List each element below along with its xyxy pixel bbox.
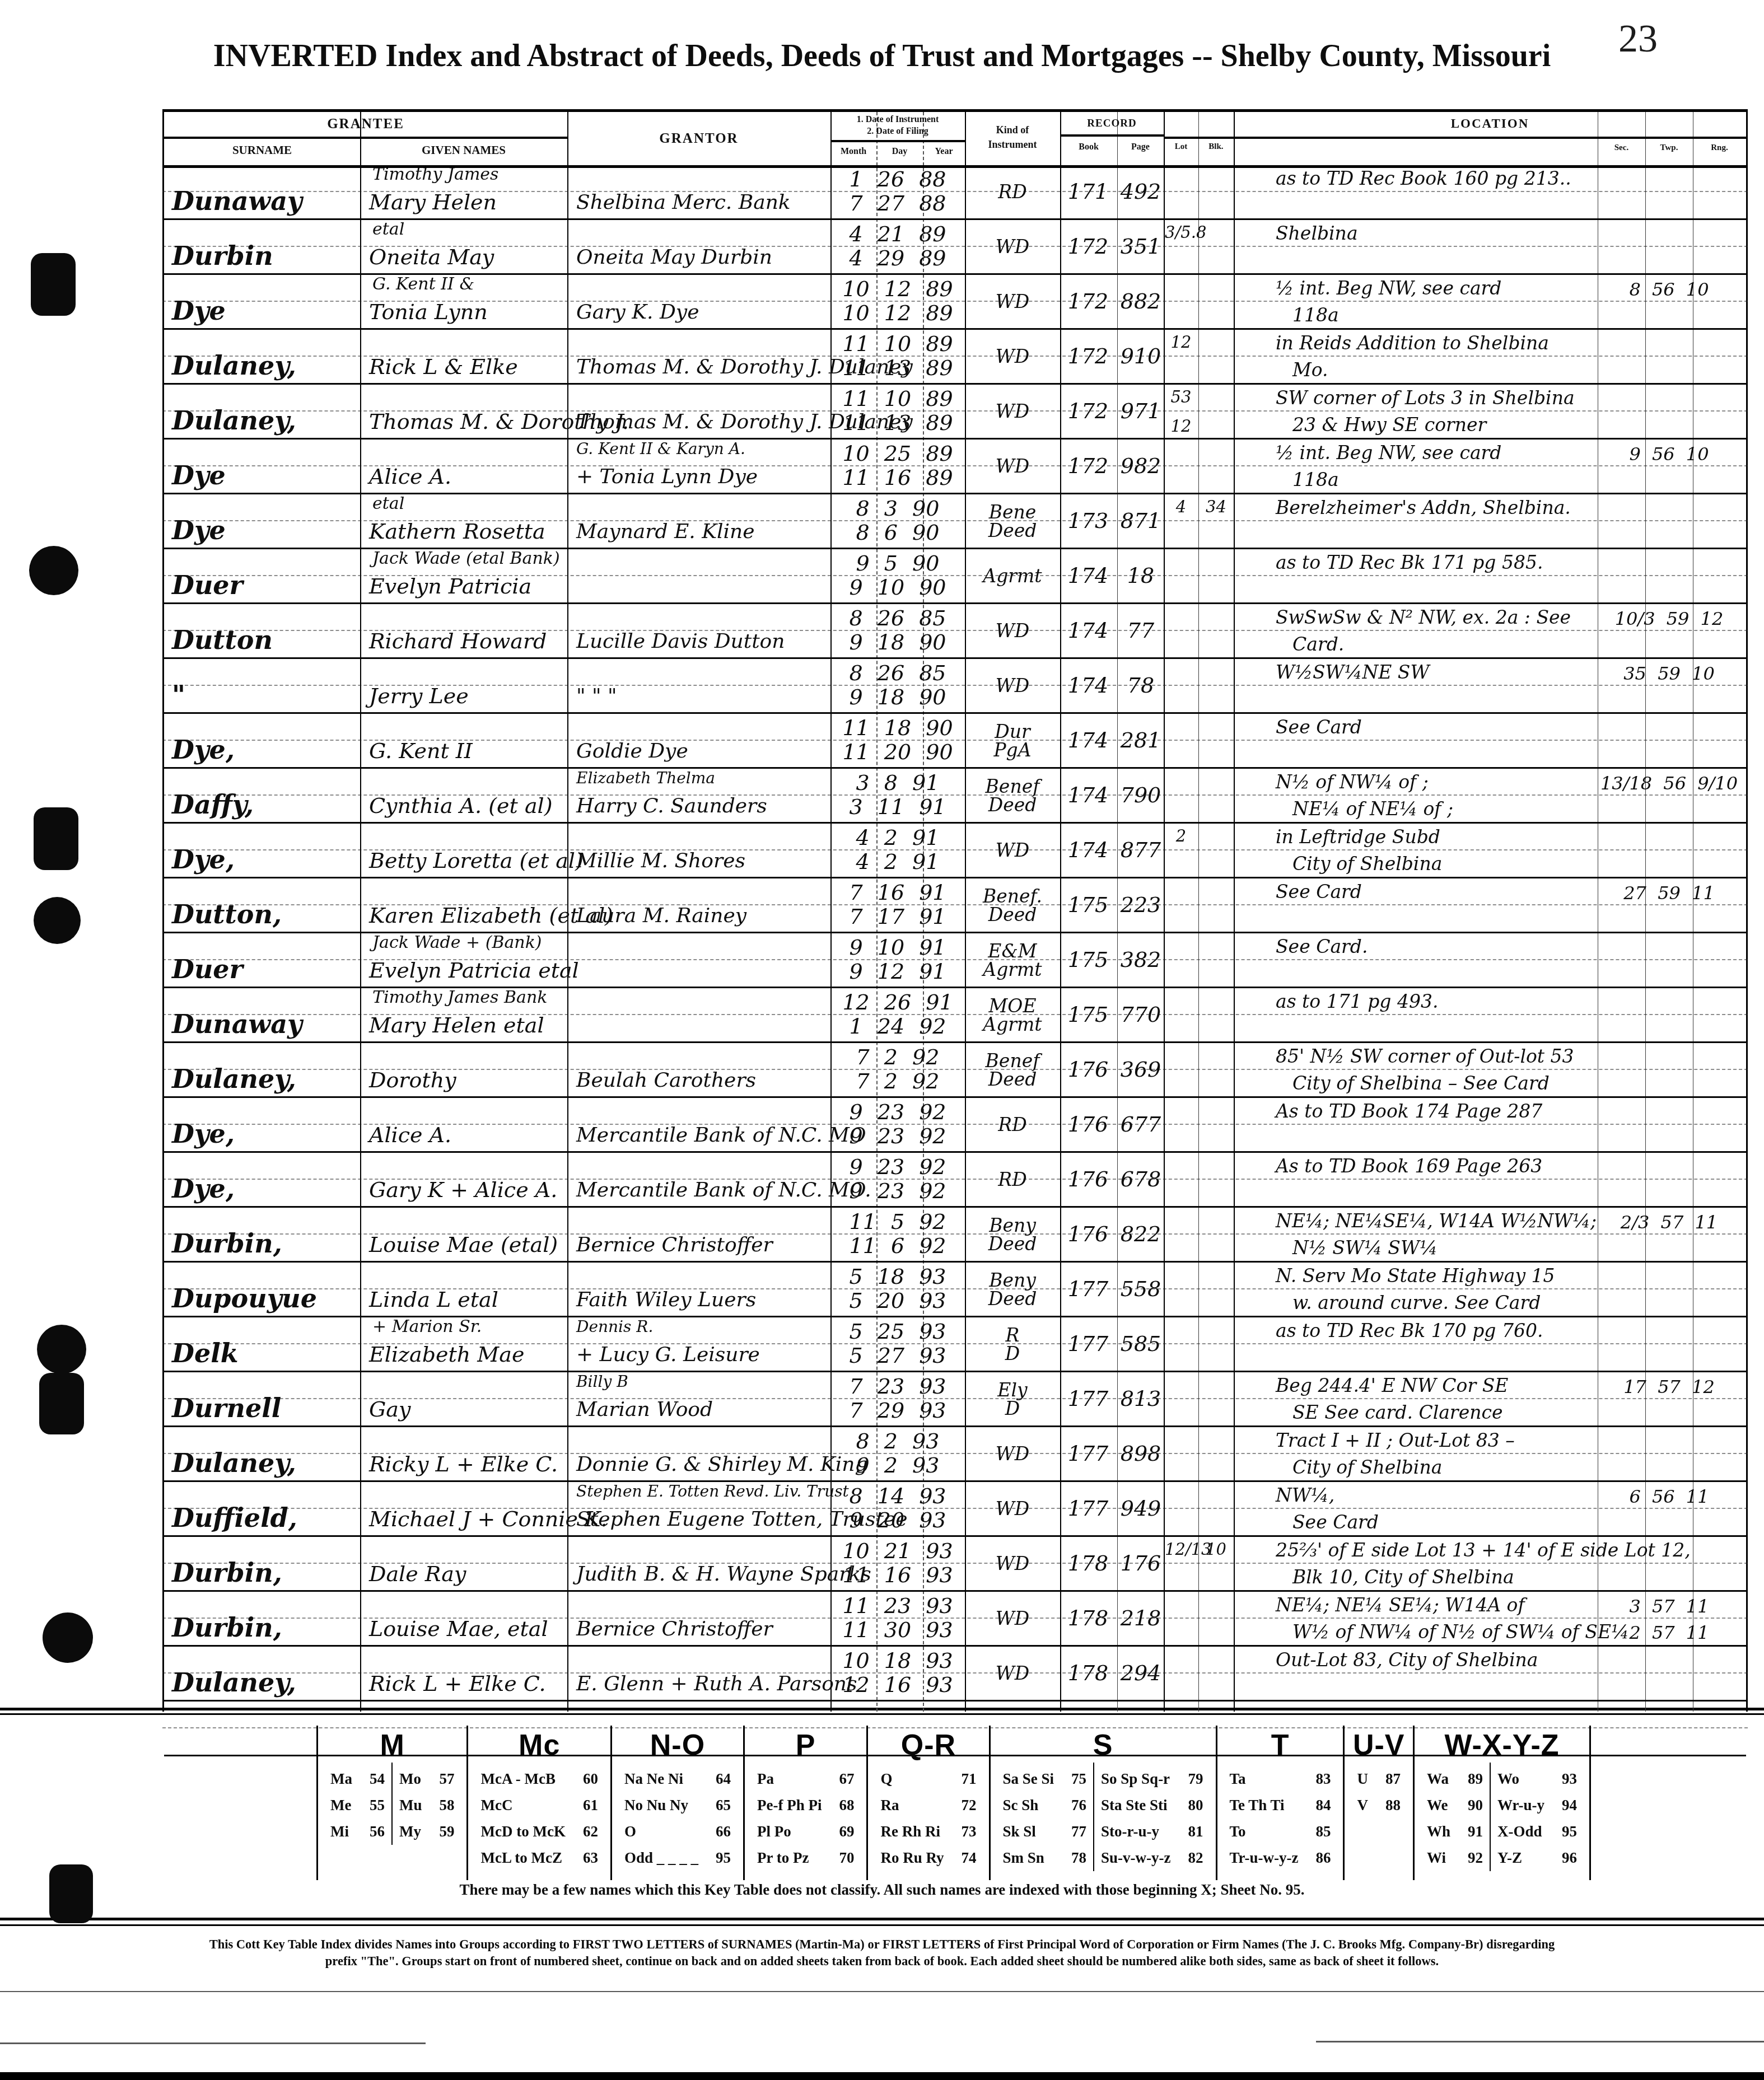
key-table-entry-range: McA - McB — [480, 1766, 555, 1792]
record-page: 813 — [1118, 1388, 1163, 1409]
record-page: 882 — [1118, 291, 1163, 312]
location-line2: W½ of NW¼ of N½ of SW¼ of SE¼ — [1292, 1623, 1629, 1641]
lot-value: 3/5.8 — [1165, 225, 1197, 241]
grantor: Shelbina Merc. Bank — [576, 193, 791, 213]
grantee-given-top: + Marion Sr. — [372, 1319, 482, 1335]
date-of-instrument: 10 25 89 — [830, 443, 965, 464]
key-table-entry-number: 95 — [707, 1845, 731, 1871]
key-table-entry: Ta 83 — [1230, 1766, 1331, 1792]
grantee-surname: Dye, — [172, 1176, 235, 1202]
kind-of-instrument: WD — [965, 1427, 1060, 1480]
kind-of-instrument: RD — [965, 1098, 1060, 1151]
key-table-group-label: Mc — [474, 1728, 604, 1763]
header-sec: Sec. — [1598, 143, 1645, 153]
grantee-given-top: Jack Wade + (Bank) — [372, 934, 542, 951]
kind-of-instrument: Benef. Deed — [965, 878, 1060, 932]
grantee-given-names: Dorothy — [369, 1069, 456, 1091]
date-of-instrument: 7 16 91 — [830, 882, 965, 903]
record-book: 172 — [1060, 455, 1116, 476]
key-table-entry-range: Pa — [757, 1766, 774, 1792]
date-of-instrument: 12 26 91 — [830, 992, 965, 1013]
grantee-surname: " — [172, 682, 185, 708]
kind-line1: Benef — [986, 777, 1040, 796]
page-number: 23 — [1618, 17, 1658, 62]
record-page: 281 — [1118, 730, 1163, 751]
record-page: 790 — [1118, 784, 1163, 806]
table-row: Dulaney, Ricky L + Elke C. Donnie G. & S… — [164, 1427, 1746, 1482]
grantee-surname: Duer — [172, 956, 243, 982]
location-line2: SE See card. Clarence — [1292, 1403, 1502, 1422]
date-of-filing: 11 16 89 — [830, 467, 965, 488]
key-table-entry-range: Sm Sn — [1003, 1845, 1044, 1871]
grantee-surname: Dulaney, — [172, 1670, 296, 1695]
kind-line1: WD — [996, 457, 1029, 475]
key-table-entry-range: Sto-r-u-y — [1101, 1819, 1159, 1845]
key-table-entry-range: Odd _ _ _ _ — [624, 1845, 698, 1871]
date-of-filing: 12 16 93 — [830, 1674, 965, 1695]
key-table-entry-number: 63 — [575, 1845, 598, 1871]
grantor: Gary K. Dye — [576, 302, 699, 322]
table-row: Dulaney, Rick L & Elke Thomas M. & Dorot… — [164, 330, 1746, 385]
date-of-filing: 11 30 93 — [830, 1619, 965, 1640]
header-day: Day — [876, 147, 923, 157]
date-of-instrument: 8 26 85 — [830, 607, 965, 629]
key-table-entry-number: 60 — [575, 1766, 598, 1792]
record-book: 178 — [1060, 1553, 1116, 1574]
kind-of-instrument: WD — [965, 275, 1060, 328]
location-line1: See Card. — [1276, 937, 1368, 956]
grantee-surname: Dye, — [172, 847, 235, 872]
kind-line2: Agrmt — [983, 960, 1042, 979]
key-table-entry: We 90 — [1427, 1792, 1483, 1819]
key-table-group: T Ta 83 Te Th Ti 84 To 85 Tr-u-w-y-z 86 — [1216, 1726, 1343, 1880]
grantor: Bernice Christoffer — [576, 1235, 773, 1255]
key-table-entry-number: 57 — [431, 1766, 454, 1792]
key-table-subcolumn: Ta 83 Te Th Ti 84 To 85 Tr-u-w-y-z 86 — [1223, 1763, 1338, 1871]
date-of-filing: 9 23 92 — [830, 1125, 965, 1147]
key-table-entry: U 87 — [1357, 1766, 1401, 1792]
kind-line2: Deed — [988, 521, 1037, 540]
date-of-instrument: 5 25 93 — [830, 1321, 965, 1342]
binder-mark — [31, 253, 76, 316]
date-of-instrument: 7 2 92 — [830, 1046, 965, 1068]
key-table-entry-number: 93 — [1553, 1766, 1577, 1792]
grantor: Faith Wiley Luers — [576, 1290, 756, 1310]
date-of-instrument: 7 23 93 — [830, 1376, 965, 1397]
key-table-entry: So Sp Sq-r 79 — [1101, 1766, 1203, 1792]
record-book: 177 — [1060, 1333, 1116, 1354]
location-line1: W½SW¼NE SW — [1276, 663, 1429, 681]
sec-twp-rng-1: 2/3 57 11 — [1598, 1213, 1740, 1231]
key-table-group: U-V U 87 V 88 — [1343, 1726, 1413, 1880]
key-table-entry: Wh 91 — [1427, 1819, 1483, 1845]
table-row: Duer Jack Wade (etal Bank) Evelyn Patric… — [164, 549, 1746, 604]
table-row: Dye G. Kent II & Tonia Lynn Gary K. Dye … — [164, 275, 1746, 330]
scan-smudge — [1316, 2041, 1764, 2042]
key-table-entry-number: 83 — [1307, 1766, 1331, 1792]
grantor: + Lucy G. Leisure — [576, 1345, 760, 1365]
key-table-group-label: M — [324, 1728, 461, 1763]
binder-mark — [49, 1864, 93, 1923]
grantee-given-names: Michael J + Connie K. — [369, 1508, 608, 1530]
record-page: 176 — [1118, 1553, 1163, 1574]
kind-line1: Benef. — [983, 887, 1042, 905]
key-table-entry-range: So Sp Sq-r — [1101, 1766, 1170, 1792]
key-table-entry-range: Ta — [1230, 1766, 1246, 1792]
grantee-given-names: Ricky L + Elke C. — [369, 1453, 558, 1475]
grantee-given-names: Alice A. — [369, 1124, 451, 1146]
key-table-entry-range: To — [1230, 1819, 1246, 1845]
kind-line1: WD — [996, 1499, 1029, 1518]
kind-line1: RD — [998, 1115, 1026, 1134]
key-table-entry: Sto-r-u-y 81 — [1101, 1819, 1203, 1845]
header-book: Book — [1060, 142, 1117, 152]
date-of-filing: 11 20 90 — [830, 741, 965, 763]
grantor: Goldie Dye — [576, 741, 688, 761]
kind-line2: Deed — [988, 1235, 1037, 1253]
record-page: 223 — [1118, 894, 1163, 915]
key-table-entry: Ra 72 — [880, 1792, 976, 1819]
key-table-group: P Pa 67 Pe-f Ph Pi 68 Pl Po 69 Pr to Pz … — [743, 1726, 866, 1880]
kind-of-instrument: Agrmt — [965, 549, 1060, 602]
location-line2: 23 & Hwy SE corner — [1292, 415, 1486, 434]
grantor: Mercantile Bank of N.C. MO. — [576, 1180, 871, 1200]
key-table-entry-range: Tr-u-w-y-z — [1230, 1845, 1299, 1871]
key-table-entry: Sm Sn 78 — [1003, 1845, 1087, 1871]
date-of-instrument: 10 21 93 — [830, 1540, 965, 1562]
date-of-filing: 5 20 93 — [830, 1290, 965, 1311]
record-page: 678 — [1118, 1168, 1163, 1190]
grantee-given-top: G. Kent II & — [372, 276, 474, 293]
binder-mark — [34, 897, 81, 944]
kind-line1: RD — [998, 1170, 1026, 1189]
key-table-entry: Pe-f Ph Pi 68 — [757, 1792, 854, 1819]
grantee-given-top: Timothy James Bank — [372, 989, 547, 1006]
kind-of-instrument: WD — [965, 659, 1060, 712]
key-table-entry: Re Rh Ri 73 — [880, 1819, 976, 1845]
location-line1: N½ of NW¼ of ; — [1276, 773, 1429, 791]
key-table-entry-range: O — [624, 1819, 636, 1845]
date-of-filing: 9 2 93 — [830, 1455, 965, 1476]
kind-line1: MOE — [989, 997, 1037, 1015]
record-page: 492 — [1118, 181, 1163, 202]
grantee-surname: Duer — [172, 572, 243, 598]
kind-line1: WD — [996, 841, 1029, 859]
sec-twp-rng-1: 9 56 10 — [1598, 445, 1740, 463]
location-line2: City of Shelbina – See Card — [1292, 1074, 1550, 1092]
header-page: Page — [1117, 142, 1164, 152]
scanned-ledger-page: INVERTED Index and Abstract of Deeds, De… — [0, 0, 1764, 2080]
grantee-given-names: Tonia Lynn — [369, 301, 488, 322]
key-table-entry-number: 86 — [1307, 1845, 1331, 1871]
key-table-entry: X-Odd 95 — [1497, 1819, 1577, 1845]
grantee-surname: Dutton, — [172, 901, 282, 927]
date-of-filing: 9 18 90 — [830, 686, 965, 708]
key-table-entry-range: McC — [480, 1792, 512, 1819]
grantor-top: Stephen E. Totten Revd. Liv. Trust — [576, 1484, 849, 1499]
table-row: Duffield, Michael J + Connie K. Stephen … — [164, 1482, 1746, 1537]
date-of-instrument: 11 18 90 — [830, 717, 965, 738]
date-of-instrument: 9 5 90 — [830, 553, 965, 574]
divider-rule — [0, 1918, 1764, 1920]
grantee-given-names: Kathern Rosetta — [369, 521, 545, 542]
key-table-entry-number: 56 — [361, 1819, 385, 1845]
key-table-entry: Sta Ste Sti 80 — [1101, 1792, 1203, 1819]
key-table-entry-range: Wa — [1427, 1766, 1449, 1792]
table-row: Dunaway Timothy James Bank Mary Helen et… — [164, 988, 1746, 1043]
key-table-group: Mc McA - McB 60 McC 61 McD to McK 62 McL… — [466, 1726, 610, 1880]
record-book: 174 — [1060, 839, 1116, 861]
kind-of-instrument: R D — [965, 1317, 1060, 1371]
record-book: 174 — [1060, 784, 1116, 806]
date-of-instrument: 5 18 93 — [830, 1266, 965, 1287]
date-of-instrument: 9 23 92 — [830, 1156, 965, 1177]
table-row: Dulaney, Thomas M. & Dorothy J. Thomas M… — [164, 385, 1746, 440]
key-table-entry-range: Pe-f Ph Pi — [757, 1792, 822, 1819]
key-table-entry: Ro Ru Ry 74 — [880, 1845, 976, 1871]
grantor: Bernice Christoffer — [576, 1619, 773, 1639]
grantee-surname: Durbin — [172, 243, 273, 269]
key-table-entry: Pa 67 — [757, 1766, 854, 1792]
key-table-entry: Wo 93 — [1497, 1766, 1577, 1792]
table-row: Durbin, Louise Mae (etal) Bernice Christ… — [164, 1208, 1746, 1263]
record-book: 177 — [1060, 1388, 1116, 1409]
grantee-given-names: Elizabeth Mae — [369, 1344, 524, 1365]
kind-of-instrument: Beny Deed — [965, 1263, 1060, 1316]
table-row: Dye Alice A. G. Kent II & Karyn A. + Ton… — [164, 440, 1746, 494]
record-book: 177 — [1060, 1443, 1116, 1464]
location-line1: SW corner of Lots 3 in Shelbina — [1276, 389, 1575, 407]
table-row: Duer Jack Wade + (Bank) Evelyn Patricia … — [164, 933, 1746, 988]
grantor: Beulah Carothers — [576, 1071, 756, 1091]
key-table-entry-number: 62 — [575, 1819, 598, 1845]
record-book: 176 — [1060, 1168, 1116, 1190]
record-page: 982 — [1118, 455, 1163, 476]
key-table-entry: Odd _ _ _ _ 95 — [624, 1845, 731, 1871]
grantee-given-names: Mary Helen — [369, 191, 497, 213]
sec-twp-rng-1: 35 59 10 — [1598, 665, 1740, 683]
key-table-entry-number: 94 — [1553, 1792, 1577, 1819]
key-table-columns: Pa 67 Pe-f Ph Pi 68 Pl Po 69 Pr to Pz 70 — [750, 1763, 861, 1871]
sec-twp-rng-1: 27 59 11 — [1598, 884, 1740, 902]
key-table-entry: Pr to Pz 70 — [757, 1845, 854, 1871]
header-grantor: GRANTOR — [567, 131, 830, 147]
grantor: E. Glenn + Ruth A. Parsons — [576, 1674, 857, 1694]
kind-line1: WD — [996, 402, 1029, 420]
grantee-given-names: Rick L & Elke — [369, 356, 518, 377]
grantee-surname: Delk — [172, 1340, 239, 1366]
grantee-surname: Durbin, — [172, 1231, 282, 1256]
kind-line1: R — [1006, 1326, 1020, 1344]
key-table-entry-range: X-Odd — [1497, 1819, 1542, 1845]
key-table-entry: Na Ne Ni 64 — [624, 1766, 731, 1792]
date-of-filing: 1 24 92 — [830, 1016, 965, 1037]
table-row: Durbin etal Oneita May Oneita May Durbin… — [164, 220, 1746, 275]
location-line2: w. around curve. See Card — [1292, 1293, 1541, 1312]
kind-of-instrument: Bene Deed — [965, 494, 1060, 548]
grantee-surname: Dulaney, — [172, 1450, 296, 1476]
record-book: 175 — [1060, 894, 1116, 915]
record-book: 171 — [1060, 181, 1116, 202]
record-book: 174 — [1060, 620, 1116, 641]
location-line2: N½ SW¼ SW¼ — [1292, 1238, 1438, 1257]
location-line1: 25⅔' of E side Lot 13 + 14' of E side Lo… — [1276, 1541, 1691, 1559]
key-table-group: W-X-Y-Z Wa 89 We 90 Wh 91 Wi 92 Wo 93 Wr… — [1413, 1726, 1591, 1880]
kind-line2: Deed — [988, 1289, 1037, 1308]
key-table-entry-range: Mi — [330, 1819, 349, 1845]
location-line1: See Card — [1276, 718, 1362, 736]
record-book: 172 — [1060, 400, 1116, 422]
table-row: Dye etal Kathern Rosetta Maynard E. Klin… — [164, 494, 1746, 549]
key-table-entry-range: McD to McK — [480, 1819, 565, 1845]
key-table-group: N-O Na Ne Ni 64 No Nu Ny 65 O 66 Odd _ _… — [610, 1726, 743, 1880]
record-book: 172 — [1060, 236, 1116, 257]
kind-line2: D — [1005, 1399, 1020, 1418]
kind-line2: PgA — [993, 741, 1031, 759]
grantee-surname: Dunaway — [172, 188, 302, 214]
lot-value: 4 — [1165, 499, 1197, 515]
key-table-entry-range: V — [1357, 1792, 1368, 1819]
location-line1: Berelzheimer's Addn, Shelbina. — [1276, 498, 1571, 517]
kind-line1: WD — [996, 1609, 1029, 1628]
date-of-filing: 8 6 90 — [830, 522, 965, 543]
key-table-entry: McD to McK 62 — [480, 1819, 598, 1845]
date-of-instrument: 10 12 89 — [830, 278, 965, 300]
key-table-group-label: W-X-Y-Z — [1420, 1728, 1584, 1763]
key-table-entry: Su-v-w-y-z 82 — [1101, 1845, 1203, 1871]
key-table-entry-range: Wo — [1497, 1766, 1519, 1792]
key-table-subcolumn: So Sp Sq-r 79 Sta Ste Sti 80 Sto-r-u-y 8… — [1093, 1763, 1210, 1871]
grantor-top: G. Kent II & Karyn A. — [576, 441, 745, 457]
key-table-entry-range: Ro Ru Ry — [880, 1845, 944, 1871]
key-table-entry-number: 91 — [1459, 1819, 1483, 1845]
key-table-entry: Wa 89 — [1427, 1766, 1483, 1792]
location-line1: as to TD Rec Bk 170 pg 760. — [1276, 1321, 1543, 1340]
location-line1: NE¼; NE¼SE¼, W14A W½NW¼; — [1276, 1212, 1597, 1230]
kind-of-instrument: WD — [965, 1537, 1060, 1590]
key-table-entry-number: 90 — [1459, 1792, 1483, 1819]
record-page: 871 — [1118, 510, 1163, 531]
lot-value-2: 12 — [1165, 418, 1197, 434]
sec-twp-rng-1: 3 57 11 — [1598, 1597, 1740, 1615]
key-table-entry-number: 59 — [431, 1819, 454, 1845]
divider-rule — [0, 1924, 1764, 1926]
header-month: Month — [830, 147, 876, 157]
date-of-filing: 7 2 92 — [830, 1071, 965, 1092]
record-page: 877 — [1118, 839, 1163, 861]
record-book: 176 — [1060, 1223, 1116, 1245]
key-table-entry: No Nu Ny 65 — [624, 1792, 731, 1819]
key-table-subcolumn: Wo 93 Wr-u-y 94 X-Odd 95 Y-Z 96 — [1490, 1763, 1584, 1871]
grantee-given-names: Cynthia A. (et al) — [369, 795, 553, 816]
grantor: Millie M. Shores — [576, 851, 745, 871]
binder-mark — [29, 546, 78, 595]
date-of-instrument: 4 21 89 — [830, 223, 965, 245]
record-book: 176 — [1060, 1059, 1116, 1080]
key-table-entry-number: 78 — [1063, 1845, 1086, 1871]
key-table-entry: McC 61 — [480, 1792, 598, 1819]
kind-of-instrument: Benef Deed — [965, 1043, 1060, 1096]
grantee-given-top: Jack Wade (etal Bank) — [372, 550, 560, 567]
date-of-filing: 9 20 93 — [830, 1509, 965, 1531]
key-table-entry-number: 70 — [830, 1845, 854, 1871]
grantee-given-names: G. Kent II — [369, 740, 473, 761]
date-of-filing: 9 18 90 — [830, 632, 965, 653]
blk-value: 34 — [1200, 499, 1233, 515]
grantee-given-names: Oneita May — [369, 246, 494, 268]
grantee-given-names: Rick L + Elke C. — [369, 1673, 546, 1694]
date-of-filing: 11 6 92 — [830, 1235, 965, 1256]
date-of-instrument: 9 23 92 — [830, 1101, 965, 1123]
key-table-columns: Ma 54 Me 55 Mi 56 Mo 57 Mu 58 My 59 — [324, 1763, 461, 1845]
date-of-filing: 4 2 91 — [830, 851, 965, 872]
grantee-given-names: Linda L etal — [369, 1289, 498, 1310]
key-table-entry-number: 84 — [1307, 1792, 1331, 1819]
lot-value: 12/13 — [1165, 1541, 1197, 1558]
table-row: Durbin, Louise Mae, etal Bernice Christo… — [164, 1592, 1746, 1647]
grantor: + Tonia Lynn Dye — [576, 467, 758, 487]
key-table-entry: Sa Se Si 75 — [1003, 1766, 1087, 1792]
grantee-given-names: Evelyn Patricia — [369, 576, 531, 597]
scan-bottom-edge — [0, 2072, 1764, 2080]
location-line1: N. Serv Mo State Highway 15 — [1276, 1266, 1555, 1285]
scan-smudge — [0, 2042, 426, 2044]
kind-line1: Beny — [989, 1216, 1036, 1235]
grantee-given-names: Gary K + Alice A. — [369, 1179, 557, 1200]
grantee-surname: Dulaney, — [172, 1066, 296, 1092]
date-of-instrument: 10 18 93 — [830, 1650, 965, 1671]
table-row: Durnell Gay Billy B Marian Wood 7 23 93 … — [164, 1372, 1746, 1427]
lot-value: 12 — [1165, 334, 1197, 350]
location-line1: 85' N½ SW corner of Out-lot 53 — [1276, 1047, 1574, 1065]
grantee-surname: Durbin, — [172, 1560, 282, 1586]
key-table-columns: U 87 V 88 — [1350, 1763, 1407, 1819]
table-row: Dupouyue Linda L etal Faith Wiley Luers … — [164, 1263, 1746, 1317]
kind-of-instrument: Benef Deed — [965, 769, 1060, 822]
grantee-surname: Durnell — [172, 1395, 281, 1421]
key-table-entry: Y-Z 96 — [1497, 1845, 1577, 1871]
grantee-surname: Dupouyue — [172, 1286, 317, 1311]
key-table-entry-number: 81 — [1180, 1819, 1203, 1845]
location-line2: See Card — [1292, 1513, 1379, 1531]
key-table-entry: Ma 54 — [330, 1766, 385, 1792]
record-page: 949 — [1118, 1498, 1163, 1519]
key-table-entry-range: Sk Sl — [1003, 1819, 1036, 1845]
kind-of-instrument: Beny Deed — [965, 1208, 1060, 1261]
binder-mark — [37, 1325, 86, 1374]
key-table-subcolumn: Pa 67 Pe-f Ph Pi 68 Pl Po 69 Pr to Pz 70 — [750, 1763, 861, 1871]
key-table-entry-number: 69 — [830, 1819, 854, 1845]
key-table-entry-number: 87 — [1377, 1766, 1401, 1792]
table-row: Delk + Marion Sr. Elizabeth Mae Dennis R… — [164, 1317, 1746, 1372]
key-table-columns: Sa Se Si 75 Sc Sh 76 Sk Sl 77 Sm Sn 78 S… — [996, 1763, 1210, 1871]
date-of-instrument: 1 26 88 — [830, 169, 965, 190]
binder-mark — [43, 1612, 93, 1663]
record-book: 174 — [1060, 565, 1116, 586]
key-table-entry-number: 68 — [830, 1792, 854, 1819]
key-table-entry-number: 92 — [1459, 1845, 1483, 1871]
table-row: Dye, Betty Loretta (et al) Millie M. Sho… — [164, 824, 1746, 878]
kind-line1: Bene — [989, 503, 1037, 521]
date-of-filing: 9 23 92 — [830, 1180, 965, 1202]
grantee-surname: Daffy, — [172, 792, 254, 817]
grantor: Oneita May Durbin — [576, 247, 772, 268]
date-of-filing: 5 27 93 — [830, 1345, 965, 1366]
key-table-group-label: U-V — [1350, 1728, 1407, 1763]
location-line1: Tract I + II ; Out-Lot 83 – — [1276, 1431, 1515, 1450]
date-of-filing: 11 13 89 — [830, 357, 965, 378]
location-line1: as to 171 pg 493. — [1276, 992, 1438, 1011]
